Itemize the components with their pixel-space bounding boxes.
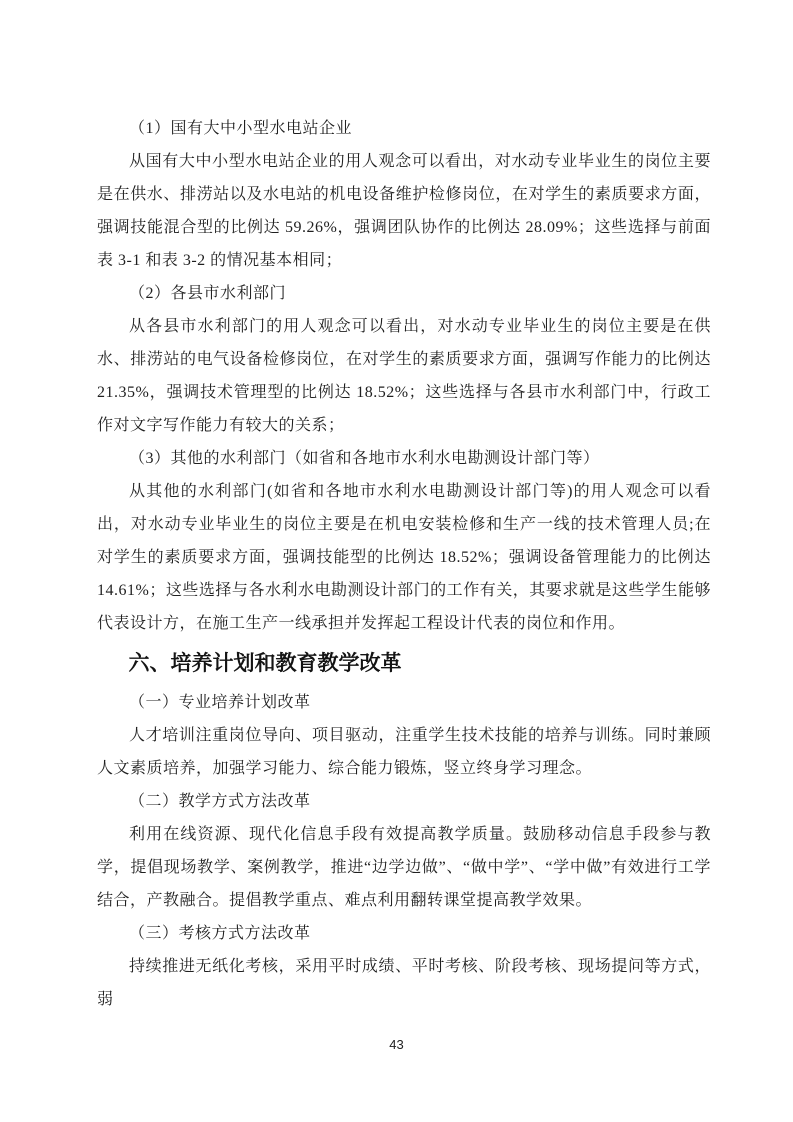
- paragraph-curriculum-reform: 人才培训注重岗位导向、项目驱动，注重学生技术技能的培养与训练。同时兼顾人文素质培…: [97, 719, 711, 785]
- section-heading-training-reform: 六、培养计划和教育教学改革: [97, 640, 711, 686]
- document-content: （1）国有大中小型水电站企业 从国有大中小型水电站企业的用人观念可以看出，对水动…: [97, 112, 711, 1016]
- subheading-curriculum-reform: （一）专业培养计划改革: [97, 686, 711, 719]
- paragraph-county-water-dept: 从各县市水利部门的用人观念可以看出，对水动专业毕业生的岗位主要是在供水、排涝站的…: [97, 310, 711, 442]
- paragraph-other-water-dept: 从其他的水利部门(如省和各地市水利水电勘测设计部门等)的用人观念可以看出，对水动…: [97, 475, 711, 640]
- subheading-assessment-reform: （三）考核方式方法改革: [97, 917, 711, 950]
- subheading-state-hydropower: （1）国有大中小型水电站企业: [97, 112, 711, 145]
- paragraph-assessment-reform: 持续推进无纸化考核，采用平时成绩、平时考核、阶段考核、现场提问等方式，弱: [97, 950, 711, 1016]
- page-number: 43: [389, 1037, 403, 1052]
- page-footer: 43: [0, 1036, 793, 1054]
- subheading-county-water-dept: （2）各县市水利部门: [97, 277, 711, 310]
- subheading-other-water-dept: （3）其他的水利部门（如省和各地市水利水电勘测设计部门等）: [97, 442, 711, 475]
- paragraph-teaching-method-reform: 利用在线资源、现代化信息手段有效提高教学质量。鼓励移动信息手段参与教学，提倡现场…: [97, 818, 711, 917]
- subheading-teaching-method-reform: （二）教学方式方法改革: [97, 785, 711, 818]
- document-page: （1）国有大中小型水电站企业 从国有大中小型水电站企业的用人观念可以看出，对水动…: [0, 0, 793, 1122]
- paragraph-state-hydropower: 从国有大中小型水电站企业的用人观念可以看出，对水动专业毕业生的岗位主要是在供水、…: [97, 145, 711, 277]
